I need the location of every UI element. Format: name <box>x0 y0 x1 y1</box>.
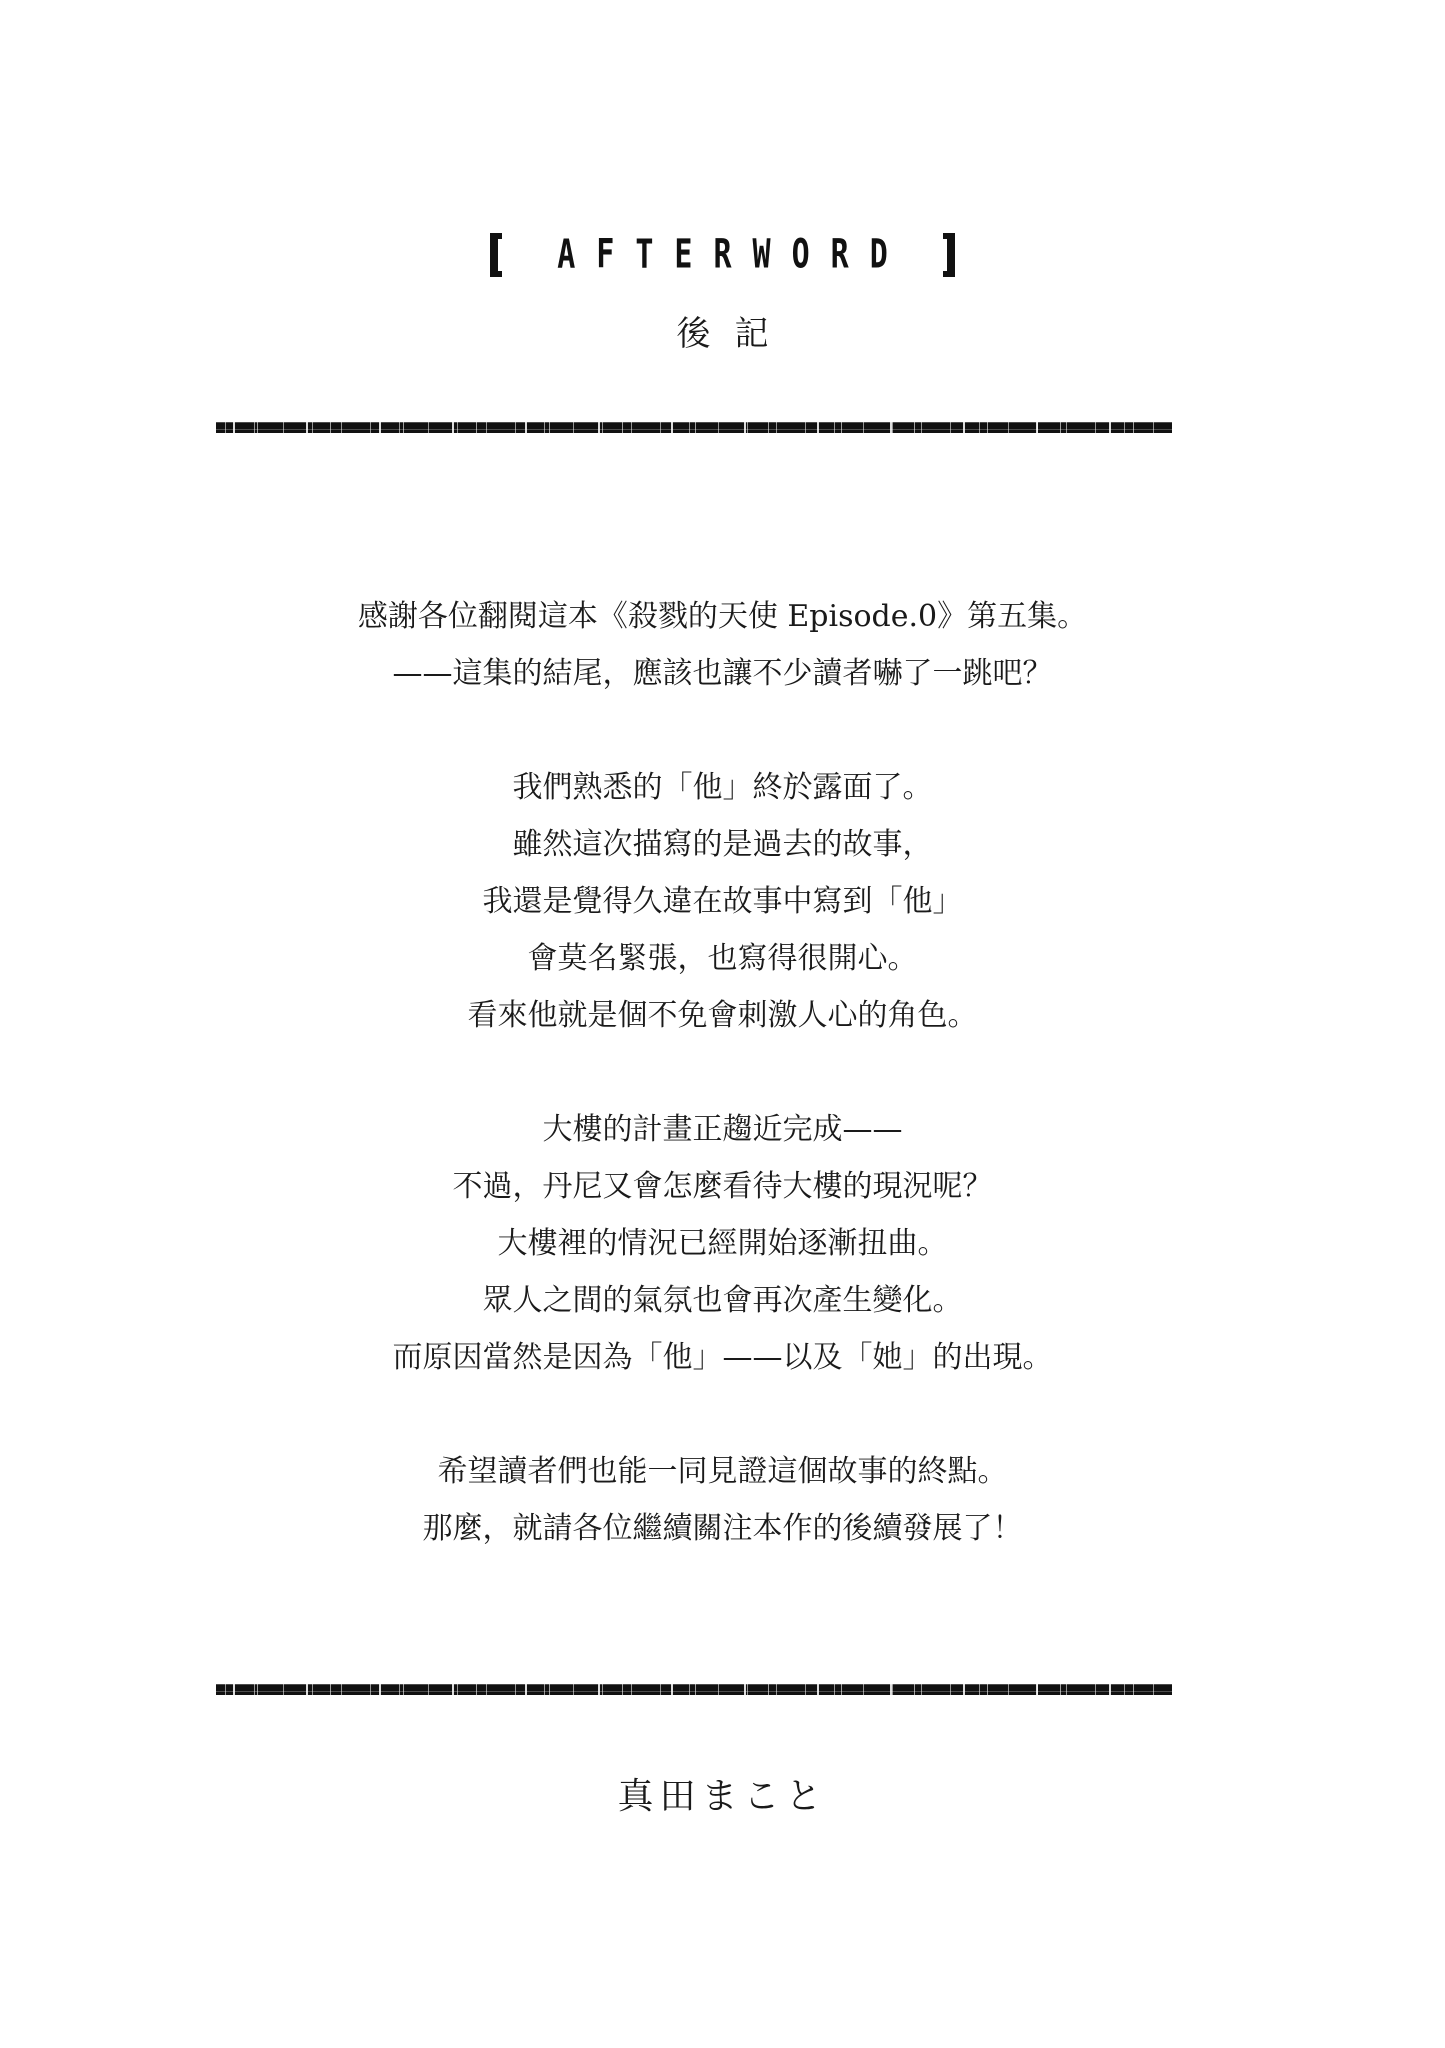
afterword-page: AFTERWORD 後記 感謝各位翻閱這本《殺戮的天使 Episode.0》第五… <box>0 0 1445 2048</box>
text-line: 感謝各位翻閱這本《殺戮的天使 Episode.0》第五集。 <box>0 588 1445 645</box>
text-line: 大樓的計畫正趨近完成—— <box>0 1101 1445 1158</box>
text-line: 不過，丹尼又會怎麼看待大樓的現況呢？ <box>0 1158 1445 1215</box>
title-english: AFTERWORD <box>536 230 909 277</box>
text-line: 看來他就是個不免會刺激人心的角色。 <box>0 987 1445 1044</box>
author-signature: 真田まこと <box>0 1768 1445 1819</box>
text-line: 眾人之間的氣氛也會再次產生變化。 <box>0 1272 1445 1329</box>
text-line: 大樓裡的情況已經開始逐漸扭曲。 <box>0 1215 1445 1272</box>
afterword-header: AFTERWORD 後記 <box>0 228 1445 355</box>
paragraph-1: 感謝各位翻閱這本《殺戮的天使 Episode.0》第五集。 ——這集的結尾，應該… <box>0 588 1445 702</box>
right-bracket-icon <box>943 233 955 277</box>
text-line: 我還是覺得久違在故事中寫到「他」 <box>0 873 1445 930</box>
text-line: 那麼，就請各位繼續關注本作的後續發展了！ <box>0 1500 1445 1557</box>
title-chinese: 後記 <box>0 306 1445 355</box>
paragraph-4: 希望讀者們也能一同見證這個故事的終點。 那麼，就請各位繼續關注本作的後續發展了！ <box>0 1443 1445 1557</box>
text-line: 雖然這次描寫的是過去的故事， <box>0 816 1445 873</box>
bottom-divider <box>216 1684 1172 1695</box>
text-line: ——這集的結尾，應該也讓不少讀者嚇了一跳吧？ <box>0 645 1445 702</box>
left-bracket-icon <box>490 233 502 277</box>
afterword-body: 感謝各位翻閱這本《殺戮的天使 Episode.0》第五集。 ——這集的結尾，應該… <box>0 588 1445 1557</box>
paragraph-2: 我們熟悉的「他」終於露面了。 雖然這次描寫的是過去的故事， 我還是覺得久違在故事… <box>0 759 1445 1044</box>
top-divider <box>216 422 1172 433</box>
text-line: 會莫名緊張，也寫得很開心。 <box>0 930 1445 987</box>
text-line: 希望讀者們也能一同見證這個故事的終點。 <box>0 1443 1445 1500</box>
title-line: AFTERWORD <box>0 228 1445 280</box>
text-line: 我們熟悉的「他」終於露面了。 <box>0 759 1445 816</box>
text-line: 而原因當然是因為「他」——以及「她」的出現。 <box>0 1329 1445 1386</box>
paragraph-3: 大樓的計畫正趨近完成—— 不過，丹尼又會怎麼看待大樓的現況呢？ 大樓裡的情況已經… <box>0 1101 1445 1386</box>
